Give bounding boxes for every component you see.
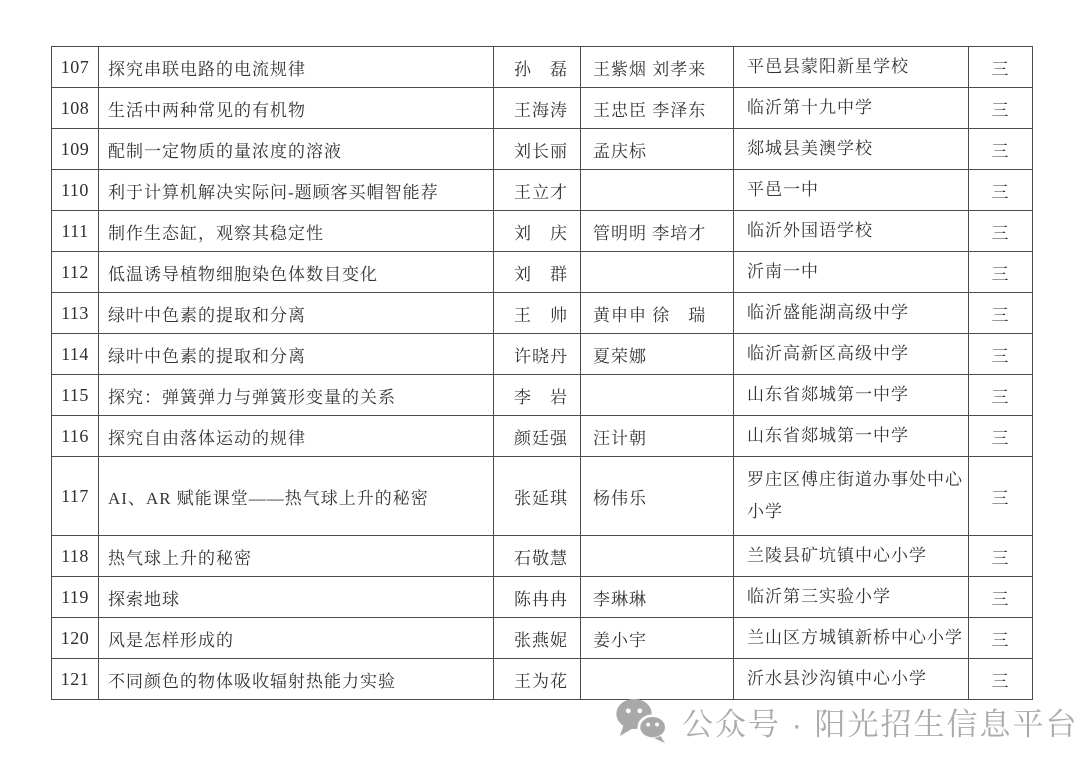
table-row: 109 配制一定物质的量浓度的溶液 刘长丽 孟庆标 郯城县美澳学校 三 [52, 129, 1033, 170]
cell-number: 116 [52, 416, 99, 457]
cell-school: 临沂第三实验小学 [734, 577, 969, 618]
cell-author: 陈冉冉 [494, 577, 581, 618]
cell-author: 孙 磊 [494, 47, 581, 88]
cell-title: 风是怎样形成的 [99, 618, 494, 659]
cell-number: 119 [52, 577, 99, 618]
cell-title: 绿叶中色素的提取和分离 [99, 334, 494, 375]
cell-award: 三 [969, 170, 1033, 211]
table-row: 113 绿叶中色素的提取和分离 王 帅 黄申申 徐 瑞 临沂盛能湖高级中学 三 [52, 293, 1033, 334]
cell-coauthors [581, 170, 734, 211]
cell-number: 114 [52, 334, 99, 375]
watermark-text: 公众号 · 阳光招生信息平台 [682, 699, 1079, 744]
cell-award: 三 [969, 47, 1033, 88]
table-row: 112 低温诱导植物细胞染色体数目变化 刘 群 沂南一中 三 [52, 252, 1033, 293]
cell-award: 三 [969, 416, 1033, 457]
cell-number: 109 [52, 129, 99, 170]
wechat-icon [615, 698, 669, 744]
table-row: 121 不同颜色的物体吸收辐射热能力实验 王为花 沂水县沙沟镇中心小学 三 [52, 659, 1033, 700]
cell-award: 三 [969, 252, 1033, 293]
cell-school: 罗庄区傅庄街道办事处中心小学 [734, 457, 969, 536]
cell-title: AI、AR 赋能课堂——热气球上升的秘密 [99, 457, 494, 536]
table-row: 117 AI、AR 赋能课堂——热气球上升的秘密 张延琪 杨伟乐 罗庄区傅庄街道… [52, 457, 1033, 536]
cell-title: 利于计算机解决实际问-题顾客买帽智能荐 [99, 170, 494, 211]
cell-coauthors: 王紫烟 刘孝来 [581, 47, 734, 88]
cell-title: 探究串联电路的电流规律 [99, 47, 494, 88]
cell-coauthors [581, 659, 734, 700]
cell-school: 沂南一中 [734, 252, 969, 293]
cell-author: 颜廷强 [494, 416, 581, 457]
cell-number: 115 [52, 375, 99, 416]
cell-coauthors: 孟庆标 [581, 129, 734, 170]
cell-award: 三 [969, 577, 1033, 618]
cell-title: 探究：弹簧弹力与弹簧形变量的关系 [99, 375, 494, 416]
cell-school: 兰陵县矿坑镇中心小学 [734, 536, 969, 577]
cell-author: 王海涛 [494, 88, 581, 129]
cell-award: 三 [969, 129, 1033, 170]
cell-award: 三 [969, 457, 1033, 536]
table-row: 114 绿叶中色素的提取和分离 许晓丹 夏荣娜 临沂高新区高级中学 三 [52, 334, 1033, 375]
table-row: 108 生活中两种常见的有机物 王海涛 王忠臣 李泽东 临沂第十九中学 三 [52, 88, 1033, 129]
cell-title: 热气球上升的秘密 [99, 536, 494, 577]
cell-school: 郯城县美澳学校 [734, 129, 969, 170]
cell-author: 刘 庆 [494, 211, 581, 252]
cell-author: 张燕妮 [494, 618, 581, 659]
cell-number: 120 [52, 618, 99, 659]
cell-number: 108 [52, 88, 99, 129]
cell-school: 山东省郯城第一中学 [734, 416, 969, 457]
cell-author: 许晓丹 [494, 334, 581, 375]
cell-coauthors: 管明明 李培才 [581, 211, 734, 252]
cell-author: 王为花 [494, 659, 581, 700]
cell-award: 三 [969, 618, 1033, 659]
cell-author: 刘长丽 [494, 129, 581, 170]
cell-award: 三 [969, 293, 1033, 334]
cell-number: 112 [52, 252, 99, 293]
cell-number: 117 [52, 457, 99, 536]
cell-award: 三 [969, 334, 1033, 375]
cell-title: 配制一定物质的量浓度的溶液 [99, 129, 494, 170]
cell-number: 113 [52, 293, 99, 334]
cell-coauthors: 王忠臣 李泽东 [581, 88, 734, 129]
cell-school: 沂水县沙沟镇中心小学 [734, 659, 969, 700]
cell-school: 兰山区方城镇新桥中心小学 [734, 618, 969, 659]
cell-title: 探究自由落体运动的规律 [99, 416, 494, 457]
table-row: 110 利于计算机解决实际问-题顾客买帽智能荐 王立才 平邑一中 三 [52, 170, 1033, 211]
cell-coauthors [581, 252, 734, 293]
cell-school: 平邑一中 [734, 170, 969, 211]
cell-author: 李 岩 [494, 375, 581, 416]
cell-number: 121 [52, 659, 99, 700]
cell-title: 低温诱导植物细胞染色体数目变化 [99, 252, 494, 293]
cell-author: 王 帅 [494, 293, 581, 334]
cell-number: 111 [52, 211, 99, 252]
cell-title: 生活中两种常见的有机物 [99, 88, 494, 129]
cell-award: 三 [969, 659, 1033, 700]
table-row: 115 探究：弹簧弹力与弹簧形变量的关系 李 岩 山东省郯城第一中学 三 [52, 375, 1033, 416]
cell-author: 张延琪 [494, 457, 581, 536]
cell-title: 探索地球 [99, 577, 494, 618]
cell-school: 山东省郯城第一中学 [734, 375, 969, 416]
cell-coauthors: 杨伟乐 [581, 457, 734, 536]
cell-award: 三 [969, 536, 1033, 577]
cell-author: 石敬慧 [494, 536, 581, 577]
cell-coauthors: 黄申申 徐 瑞 [581, 293, 734, 334]
cell-award: 三 [969, 211, 1033, 252]
cell-school: 临沂第十九中学 [734, 88, 969, 129]
cell-title: 不同颜色的物体吸收辐射热能力实验 [99, 659, 494, 700]
cell-author: 王立才 [494, 170, 581, 211]
cell-number: 118 [52, 536, 99, 577]
table-row: 107 探究串联电路的电流规律 孙 磊 王紫烟 刘孝来 平邑县蒙阳新星学校 三 [52, 47, 1033, 88]
watermark: 公众号 · 阳光招生信息平台 [615, 697, 1079, 745]
table-row: 120 风是怎样形成的 张燕妮 姜小宇 兰山区方城镇新桥中心小学 三 [52, 618, 1033, 659]
cell-number: 107 [52, 47, 99, 88]
cell-title: 绿叶中色素的提取和分离 [99, 293, 494, 334]
cell-coauthors [581, 375, 734, 416]
award-results-table: 107 探究串联电路的电流规律 孙 磊 王紫烟 刘孝来 平邑县蒙阳新星学校 三 … [51, 46, 1033, 700]
cell-award: 三 [969, 375, 1033, 416]
cell-coauthors: 姜小宇 [581, 618, 734, 659]
table-row: 118 热气球上升的秘密 石敬慧 兰陵县矿坑镇中心小学 三 [52, 536, 1033, 577]
table-row: 119 探索地球 陈冉冉 李琳琳 临沂第三实验小学 三 [52, 577, 1033, 618]
table-row: 111 制作生态缸，观察其稳定性 刘 庆 管明明 李培才 临沂外国语学校 三 [52, 211, 1033, 252]
cell-award: 三 [969, 88, 1033, 129]
cell-school: 临沂高新区高级中学 [734, 334, 969, 375]
cell-coauthors: 汪计朝 [581, 416, 734, 457]
cell-school: 平邑县蒙阳新星学校 [734, 47, 969, 88]
cell-author: 刘 群 [494, 252, 581, 293]
cell-coauthors: 李琳琳 [581, 577, 734, 618]
cell-coauthors [581, 536, 734, 577]
cell-title: 制作生态缸，观察其稳定性 [99, 211, 494, 252]
cell-coauthors: 夏荣娜 [581, 334, 734, 375]
table-row: 116 探究自由落体运动的规律 颜廷强 汪计朝 山东省郯城第一中学 三 [52, 416, 1033, 457]
cell-school: 临沂外国语学校 [734, 211, 969, 252]
page: 107 探究串联电路的电流规律 孙 磊 王紫烟 刘孝来 平邑县蒙阳新星学校 三 … [0, 0, 1080, 764]
cell-school: 临沂盛能湖高级中学 [734, 293, 969, 334]
cell-number: 110 [52, 170, 99, 211]
